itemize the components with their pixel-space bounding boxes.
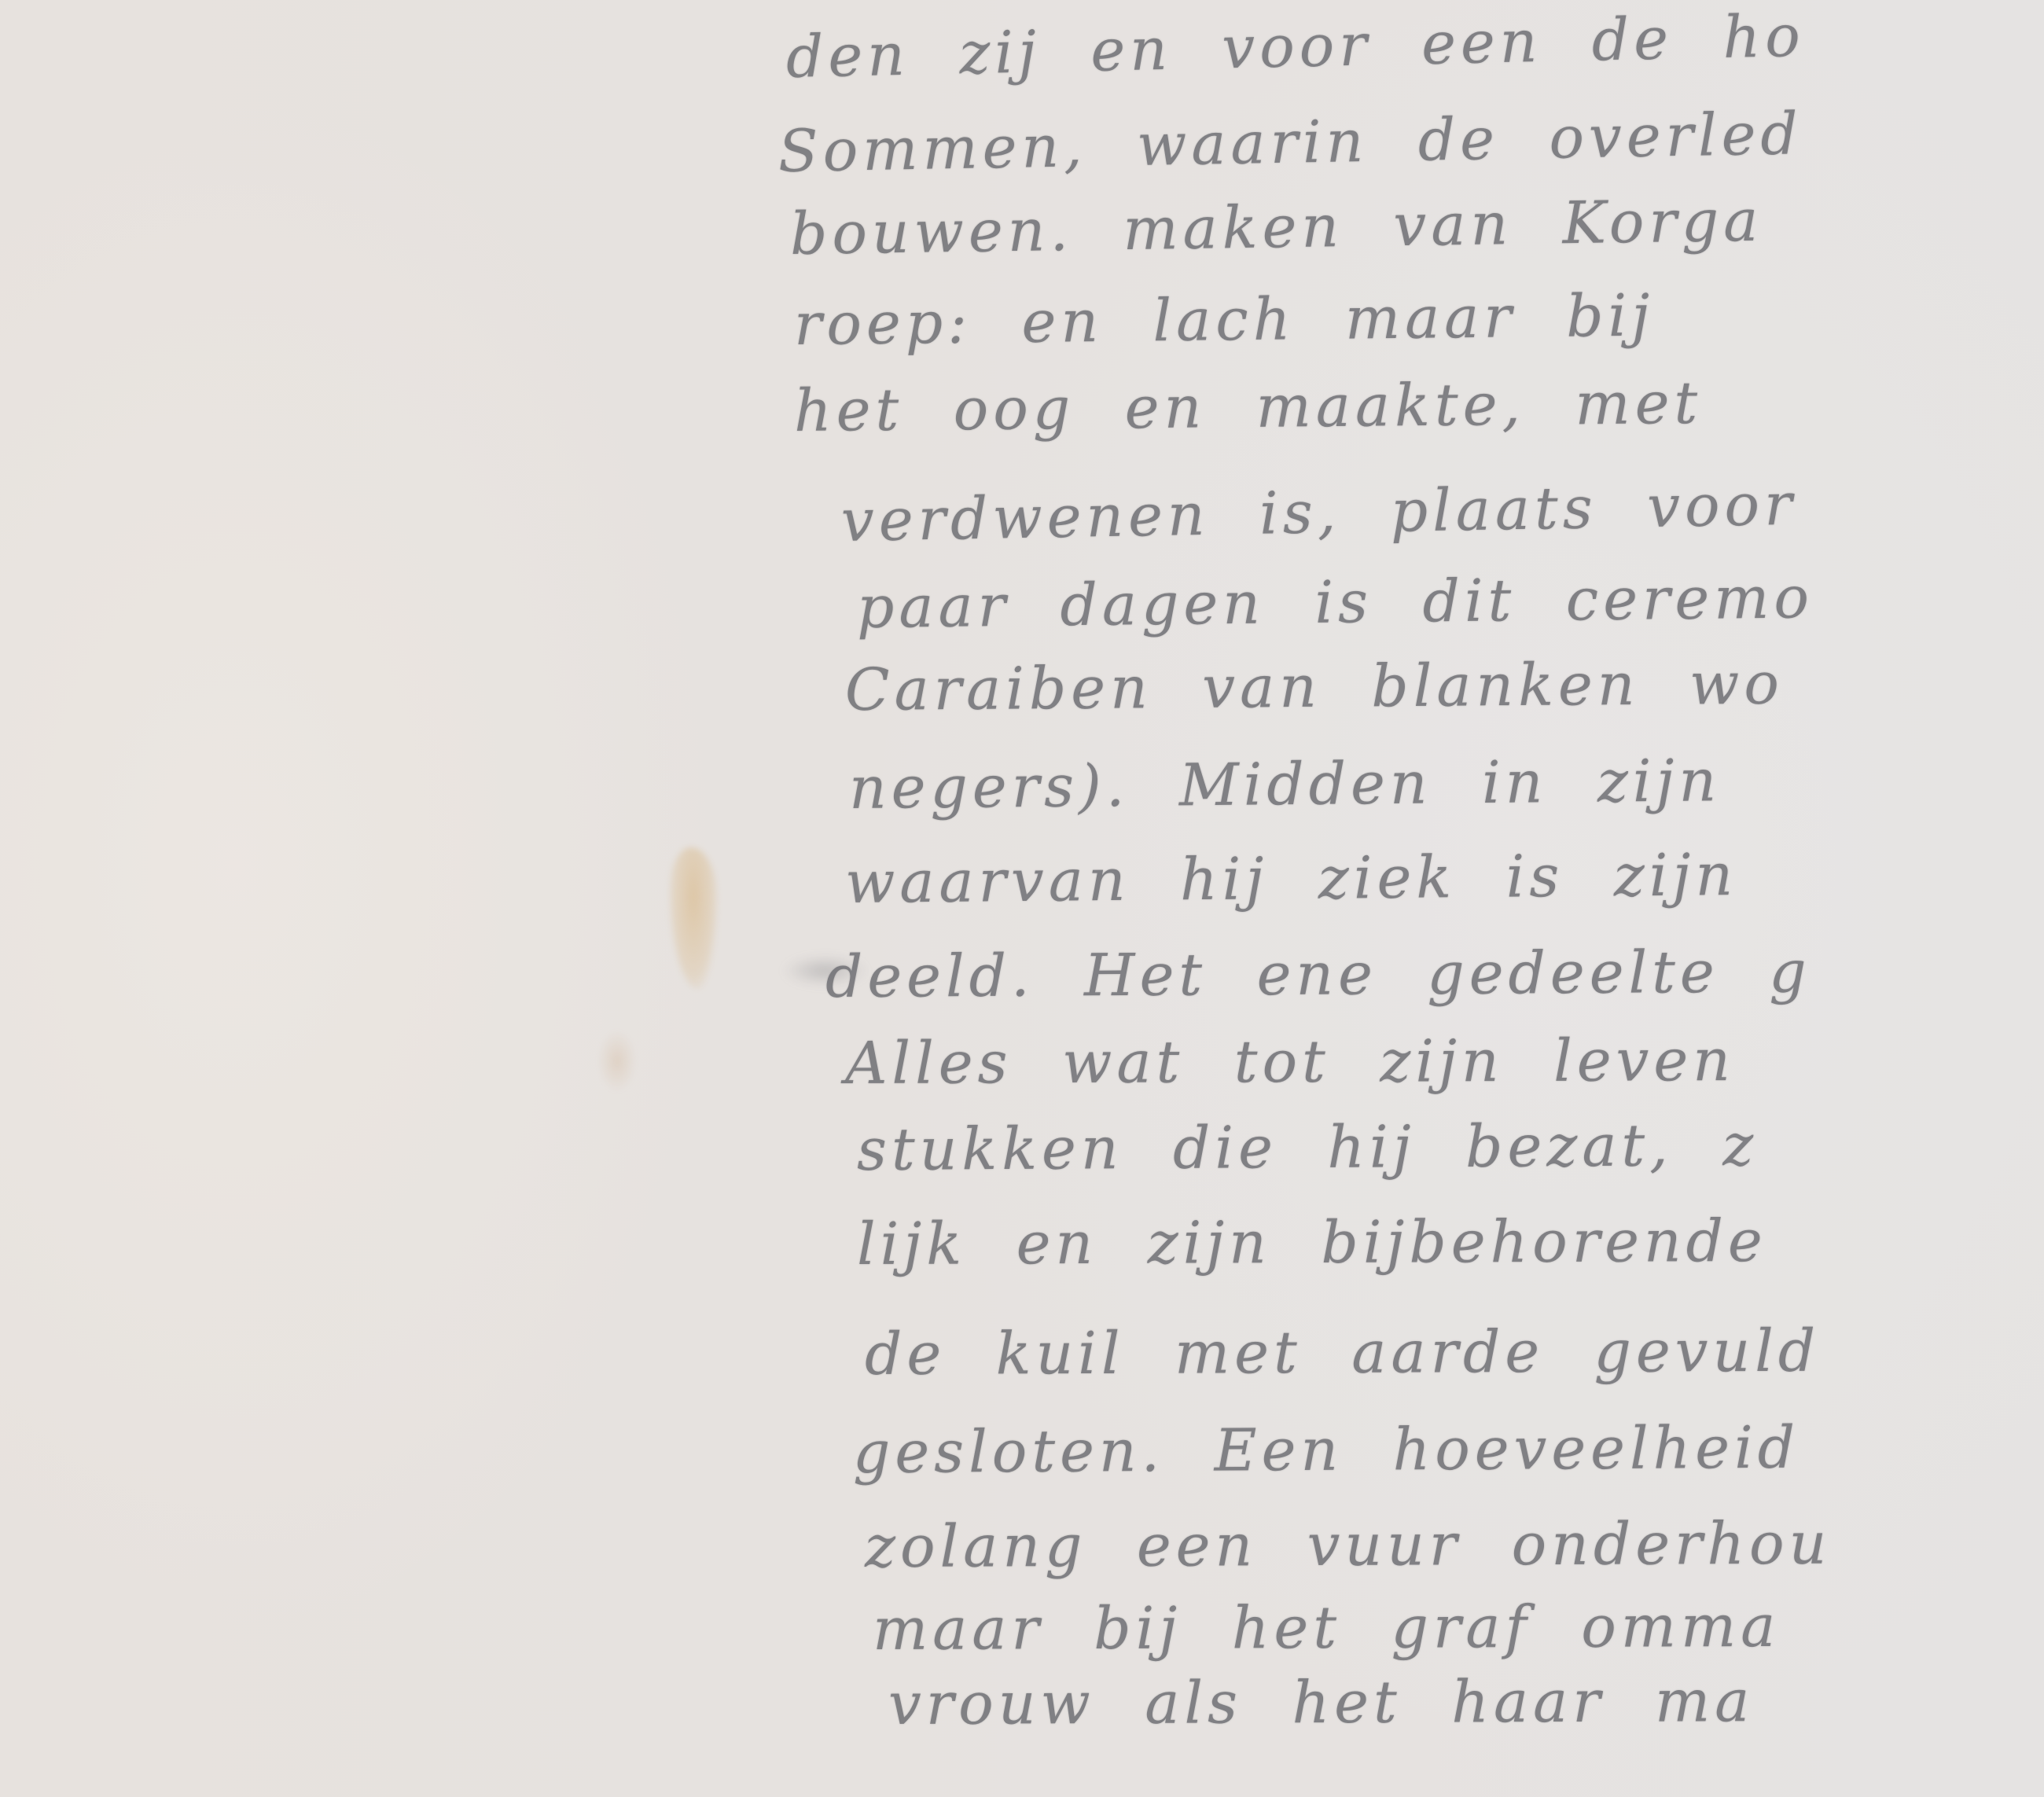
manuscript-line-18: maar bij het graf omma [873, 1593, 1781, 1663]
manuscript-line-17: zolang een vuur onderhou [865, 1510, 1832, 1581]
manuscript-line-19: vrouw als het haar ma [888, 1667, 1755, 1738]
paper-blemish [597, 1030, 637, 1093]
manuscript-line-13: stukken die hij bezat, z [857, 1112, 1759, 1184]
manuscript-line-4: roep: en lach maar bij [794, 282, 1655, 358]
manuscript-line-3: bouwen. maken van Korga [789, 187, 1763, 268]
manuscript-line-12: Alles wat tot zijn leven [845, 1027, 1735, 1097]
manuscript-line-10: waarvan hij ziek is zijn [845, 841, 1738, 917]
manuscript-line-14: lijk en zijn bijbehorende [857, 1207, 1767, 1278]
manuscript-line-7: paar dagen is dit ceremo [857, 564, 1814, 641]
manuscript-line-16: gesloten. Een hoeveelheid [853, 1414, 1800, 1486]
manuscript-line-11: deeld. Het ene gedeelte g [825, 938, 1811, 1011]
manuscript-line-15: de kuil met aarde gevuld [865, 1317, 1821, 1388]
manuscript-line-5: het oog en maakte, met [794, 369, 1703, 445]
manuscript-line-8: Caraiben van blanken wo [845, 650, 1784, 724]
manuscript-line-9: negers). Midden in zijn [849, 747, 1722, 822]
